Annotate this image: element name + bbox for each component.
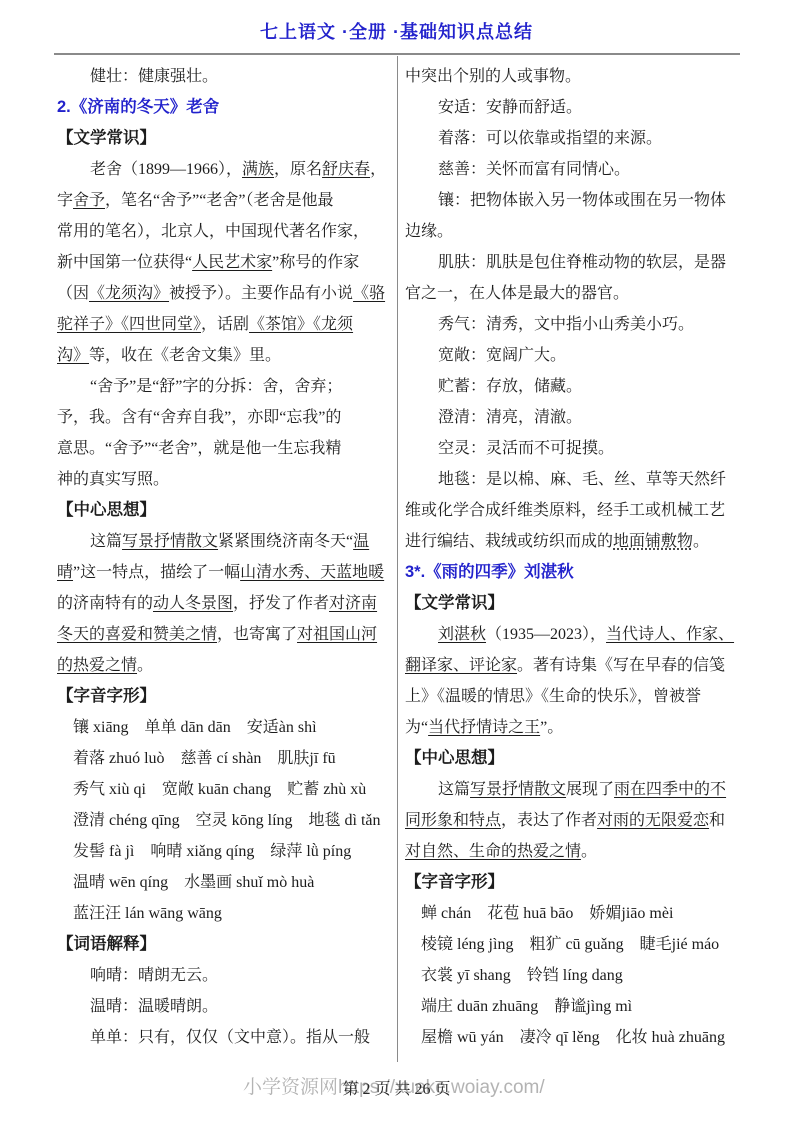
- text-segment: 端庄 duān zhuāng 静谧jìng mì: [421, 998, 632, 1015]
- text-segment: 2.《济南的冬天》老舍: [57, 98, 219, 116]
- section-heading: 【词语解释】: [57, 929, 393, 960]
- text-line: 冬天的喜爱和赞美之情，也寄寓了对祖国山河: [57, 619, 393, 650]
- underlined-text: 当代诗人、作家、: [606, 626, 734, 643]
- text-segment: 的济南特有的: [57, 595, 153, 612]
- text-segment: ，表达了作者: [501, 812, 597, 829]
- lesson-heading: 3*.《雨的四季》刘湛秋: [405, 557, 741, 588]
- text-segment: 予，我。含有“舍弃自我”，亦即“忘我”的: [57, 409, 341, 426]
- underlined-text: 刘湛秋: [438, 626, 486, 643]
- text-segment: 被授予）。主要作品有小说: [169, 285, 353, 302]
- text-segment: 健壮：健康强壮。: [90, 68, 218, 85]
- text-segment: 着落 zhuó luò 慈善 cí shàn 肌肤jī fū: [73, 750, 336, 767]
- text-segment: 老舍（1899—1966），: [90, 161, 242, 178]
- text-line: 常用的笔名），北京人，中国现代著名作家，: [57, 216, 393, 247]
- text-line: 这篇写景抒情散文紧紧围绕济南冬天“温: [57, 526, 393, 557]
- text-segment: 镶 xiāng 单单 dān dān 安适àn shì: [73, 719, 317, 736]
- text-segment: 镶：把物体嵌入另一物体或围在另一物体: [438, 192, 726, 209]
- underlined-text: 对自然、生命的热爱之情: [405, 843, 581, 860]
- underlined-text: 的热爱之情: [57, 657, 137, 674]
- text-segment: 。: [693, 533, 709, 550]
- text-segment: ，: [370, 161, 386, 178]
- text-segment: 【文学常识】: [405, 594, 504, 612]
- text-segment: ”称号的作家: [272, 254, 359, 271]
- text-segment: 3*.《雨的四季》刘湛秋: [405, 563, 574, 581]
- column-divider: [397, 56, 398, 1062]
- pinyin-line: 蓝汪汪 lán wāng wāng: [57, 898, 393, 929]
- underlined-text: 对祖国山河: [297, 626, 377, 643]
- text-segment: ，笔名“舍予”“老舍”（老舍是他最: [105, 192, 333, 209]
- text-segment: 为“: [405, 719, 428, 736]
- text-segment: 【文学常识】: [57, 129, 156, 147]
- underlined-text: 写景抒情散文: [470, 781, 566, 798]
- underlined-text: 地面铺敷物: [613, 533, 693, 550]
- text-segment: 常用的笔名），北京人，中国现代著名作家，: [57, 223, 369, 240]
- text-segment: 着落：可以依靠或指望的来源。: [438, 130, 662, 147]
- text-segment: ，话剧: [201, 316, 249, 333]
- underlined-text: 晴: [57, 564, 73, 581]
- text-segment: 慈善：关怀而富有同情心。: [438, 161, 630, 178]
- pinyin-line: 温晴 wēn qíng 水墨画 shuǐ mò huà: [57, 867, 393, 898]
- text-line: （因《龙须沟》被授予）。主要作品有小说《骆: [57, 278, 393, 309]
- text-segment: 和: [709, 812, 725, 829]
- pinyin-line: 蝉 chán 花苞 huā bāo 娇媚jiāo mèi: [405, 898, 741, 929]
- text-line: 同形象和特点，表达了作者对雨的无限爱恋和: [405, 805, 741, 836]
- text-segment: 。: [581, 843, 597, 860]
- section-heading: 【中心思想】: [57, 495, 393, 526]
- text-segment: 澄清：清亮，清澈。: [438, 409, 582, 426]
- text-segment: 紧紧围绕济南冬天“: [218, 533, 353, 550]
- text-segment: 等，收在《老舍文集》里。: [89, 347, 281, 364]
- text-line: 着落：可以依靠或指望的来源。: [405, 123, 741, 154]
- pinyin-line: 衣裳 yī shang 铃铛 líng dang: [405, 960, 741, 991]
- underlined-text: 写景抒情散文: [122, 533, 218, 550]
- text-segment: 单单：只有，仅仅（文中意）。指从一般: [90, 1029, 370, 1046]
- text-segment: 进行编结、栽绒或纺织而成的: [405, 533, 613, 550]
- text-segment: ，原名: [274, 161, 322, 178]
- text-line: 对自然、生命的热爱之情。: [405, 836, 741, 867]
- underlined-text: 翻译家、评论家: [405, 657, 517, 674]
- text-line: 安适：安静而舒适。: [405, 92, 741, 123]
- text-segment: 温晴：温暖晴朗。: [90, 998, 218, 1015]
- text-line: 维或化学合成纤维类原料，经手工或机械工艺: [405, 495, 741, 526]
- section-heading: 【中心思想】: [405, 743, 741, 774]
- section-heading: 【文学常识】: [57, 123, 393, 154]
- text-segment: ”这一特点，描绘了一幅: [73, 564, 240, 581]
- text-segment: 展现了: [566, 781, 614, 798]
- text-segment: 新中国第一位获得“: [57, 254, 192, 271]
- text-segment: ，也寄寓了: [217, 626, 297, 643]
- text-line: 刘湛秋（1935—2023），当代诗人、作家、: [405, 619, 741, 650]
- text-segment: 这篇: [90, 533, 122, 550]
- text-line: 健壮：健康强壮。: [57, 61, 393, 92]
- underlined-text: 《龙须沟》: [89, 285, 169, 302]
- text-segment: 【中心思想】: [405, 749, 504, 767]
- text-line: 新中国第一位获得“人民艺术家”称号的作家: [57, 247, 393, 278]
- text-line: 沟》等，收在《老舍文集》里。: [57, 340, 393, 371]
- text-line: 字舍予，笔名“舍予”“老舍”（老舍是他最: [57, 185, 393, 216]
- text-segment: 响晴：晴朗无云。: [90, 967, 218, 984]
- text-segment: 蝉 chán 花苞 huā bāo 娇媚jiāo mèi: [421, 905, 673, 922]
- text-line: 慈善：关怀而富有同情心。: [405, 154, 741, 185]
- text-segment: 衣裳 yī shang 铃铛 líng dang: [421, 967, 623, 984]
- text-line: 驼祥子》《四世同堂》，话剧《茶馆》《龙须: [57, 309, 393, 340]
- text-line: 响晴：晴朗无云。: [57, 960, 393, 991]
- text-segment: 这篇: [438, 781, 470, 798]
- pinyin-line: 秀气 xiù qi 宽敞 kuān chang 贮蓄 zhù xù: [57, 774, 393, 805]
- header-rule: [54, 53, 740, 55]
- text-segment: ”。: [540, 719, 563, 736]
- underlined-text: 《茶馆》《龙须: [249, 316, 353, 333]
- text-segment: 发髻 fà jì 响晴 xiǎng qíng 绿萍 lǜ píng: [73, 843, 351, 860]
- pinyin-line: 棱镜 léng jìng 粗犷 cū guǎng 睫毛jié máo: [405, 929, 741, 960]
- text-segment: 澄清 chéng qīng 空灵 kōng líng 地毯 dì tǎn: [73, 812, 381, 829]
- page-number: 第 2 页 共 26 页: [0, 1076, 793, 1099]
- text-line: 晴”这一特点，描绘了一幅山清水秀、天蓝地暖: [57, 557, 393, 588]
- pinyin-line: 端庄 duān zhuāng 静谧jìng mì: [405, 991, 741, 1022]
- text-line: 肌肤：肌肤是包住脊椎动物的软层，是器: [405, 247, 741, 278]
- text-segment: 秀气：清秀，文中指小山秀美小巧。: [438, 316, 694, 333]
- underlined-text: 人民艺术家: [192, 254, 272, 271]
- text-segment: 官之一，在人体是最大的器官。: [405, 285, 629, 302]
- text-segment: 宽敞：宽阔广大。: [438, 347, 566, 364]
- text-line: 翻译家、评论家。著有诗集《写在早春的信笺: [405, 650, 741, 681]
- page-content: 健壮：健康强壮。2.《济南的冬天》老舍【文学常识】老舍（1899—1966），满…: [0, 56, 793, 1062]
- text-line: 澄清：清亮，清澈。: [405, 402, 741, 433]
- text-line: 地毯：是以棉、麻、毛、丝、草等天然纤: [405, 464, 741, 495]
- text-line: 上》《温暖的情思》《生命的快乐》，曾被誉: [405, 681, 741, 712]
- text-segment: 神的真实写照。: [57, 471, 169, 488]
- underlined-text: 对雨的无限爱恋: [597, 812, 709, 829]
- underlined-text: 沟》: [57, 347, 89, 364]
- text-segment: 字: [57, 192, 73, 209]
- underlined-text: 满族: [242, 161, 274, 178]
- text-segment: 【字音字形】: [405, 873, 504, 891]
- text-line: 单单：只有，仅仅（文中意）。指从一般: [57, 1022, 393, 1053]
- section-heading: 【字音字形】: [405, 867, 741, 898]
- text-segment: （因: [57, 285, 89, 302]
- underlined-text: 雨在四季中的不: [614, 781, 726, 798]
- underlined-text: 《骆: [353, 285, 385, 302]
- text-line: 意思。“舍予”“老舍”，就是他一生忘我精: [57, 433, 393, 464]
- underlined-text: 舒庆春: [322, 161, 370, 178]
- pinyin-line: 镶 xiāng 单单 dān dān 安适àn shì: [57, 712, 393, 743]
- text-segment: 上》《温暖的情思》《生命的快乐》，曾被誉: [405, 688, 701, 705]
- text-line: 为“当代抒情诗之王”。: [405, 712, 741, 743]
- text-segment: 边缘。: [405, 223, 453, 240]
- text-segment: 。: [137, 657, 153, 674]
- underlined-text: 冬天的喜爱和赞美之情: [57, 626, 217, 643]
- text-segment: 中突出个别的人或事物。: [405, 68, 581, 85]
- underlined-text: 温: [353, 533, 369, 550]
- text-segment: 屋檐 wū yán 凄冷 qī lěng 化妆 huà zhuāng: [421, 1029, 725, 1046]
- text-line: 宽敞：宽阔广大。: [405, 340, 741, 371]
- text-line: 的热爱之情。: [57, 650, 393, 681]
- underlined-text: 动人冬景图: [153, 595, 233, 612]
- text-line: 官之一，在人体是最大的器官。: [405, 278, 741, 309]
- text-segment: 肌肤：肌肤是包住脊椎动物的软层，是器: [438, 254, 726, 271]
- underlined-text: 舍予: [73, 192, 105, 209]
- text-segment: “舍予”是“舒”字的分拆：舍，舍弃；: [90, 378, 342, 395]
- text-segment: 意思。“舍予”“老舍”，就是他一生忘我精: [57, 440, 341, 457]
- document-title: 七上语文 ·全册 ·基础知识点总结: [260, 18, 533, 44]
- text-line: 秀气：清秀，文中指小山秀美小巧。: [405, 309, 741, 340]
- text-segment: ，抒发了作者: [233, 595, 329, 612]
- text-segment: 【词语解释】: [57, 935, 156, 953]
- underlined-text: 山清水秀、天蓝地暖: [240, 564, 384, 581]
- section-heading: 【字音字形】: [57, 681, 393, 712]
- right-column: 中突出个别的人或事物。安适：安静而舒适。着落：可以依靠或指望的来源。慈善：关怀而…: [405, 61, 741, 1053]
- text-segment: （1935—2023），: [486, 626, 606, 643]
- text-line: 予，我。含有“舍弃自我”，亦即“忘我”的: [57, 402, 393, 433]
- underlined-text: 同形象和特点: [405, 812, 501, 829]
- pinyin-line: 发髻 fà jì 响晴 xiǎng qíng 绿萍 lǜ píng: [57, 836, 393, 867]
- text-line: 老舍（1899—1966），满族，原名舒庆春，: [57, 154, 393, 185]
- lesson-heading: 2.《济南的冬天》老舍: [57, 92, 393, 123]
- text-line: 进行编结、栽绒或纺织而成的地面铺敷物。: [405, 526, 741, 557]
- text-line: 温晴：温暖晴朗。: [57, 991, 393, 1022]
- page-footer: 小学资源网https://xueke.woiay.com/ 第 2 页 共 26…: [0, 1062, 793, 1122]
- text-segment: 地毯：是以棉、麻、毛、丝、草等天然纤: [438, 471, 726, 488]
- underlined-text: 对济南: [329, 595, 377, 612]
- text-segment: 棱镜 léng jìng 粗犷 cū guǎng 睫毛jié máo: [421, 936, 719, 953]
- text-line: 神的真实写照。: [57, 464, 393, 495]
- page-header: 七上语文 ·全册 ·基础知识点总结: [0, 0, 793, 53]
- text-segment: 【字音字形】: [57, 687, 156, 705]
- text-segment: 空灵：灵活而不可捉摸。: [438, 440, 614, 457]
- text-line: 贮蓄：存放，储藏。: [405, 371, 741, 402]
- text-segment: 秀气 xiù qi 宽敞 kuān chang 贮蓄 zhù xù: [73, 781, 366, 798]
- underlined-text: 驼祥子》《四世同堂》: [57, 316, 201, 333]
- text-segment: 【中心思想】: [57, 501, 156, 519]
- text-line: 镶：把物体嵌入另一物体或围在另一物体: [405, 185, 741, 216]
- text-line: 空灵：灵活而不可捉摸。: [405, 433, 741, 464]
- pinyin-line: 着落 zhuó luò 慈善 cí shàn 肌肤jī fū: [57, 743, 393, 774]
- left-column: 健壮：健康强壮。2.《济南的冬天》老舍【文学常识】老舍（1899—1966），满…: [57, 61, 393, 1053]
- text-line: 中突出个别的人或事物。: [405, 61, 741, 92]
- pinyin-line: 澄清 chéng qīng 空灵 kōng líng 地毯 dì tǎn: [57, 805, 393, 836]
- text-line: “舍予”是“舒”字的分拆：舍，舍弃；: [57, 371, 393, 402]
- text-segment: 贮蓄：存放，储藏。: [438, 378, 582, 395]
- text-segment: 蓝汪汪 lán wāng wāng: [73, 905, 222, 922]
- text-line: 的济南特有的动人冬景图，抒发了作者对济南: [57, 588, 393, 619]
- text-line: 边缘。: [405, 216, 741, 247]
- text-line: 这篇写景抒情散文展现了雨在四季中的不: [405, 774, 741, 805]
- text-segment: 温晴 wēn qíng 水墨画 shuǐ mò huà: [73, 874, 314, 891]
- text-segment: 维或化学合成纤维类原料，经手工或机械工艺: [405, 502, 725, 519]
- underlined-text: 当代抒情诗之王: [428, 719, 540, 736]
- text-segment: 。著有诗集《写在早春的信笺: [517, 657, 725, 674]
- section-heading: 【文学常识】: [405, 588, 741, 619]
- pinyin-line: 屋檐 wū yán 凄冷 qī lěng 化妆 huà zhuāng: [405, 1022, 741, 1053]
- text-segment: 安适：安静而舒适。: [438, 99, 582, 116]
